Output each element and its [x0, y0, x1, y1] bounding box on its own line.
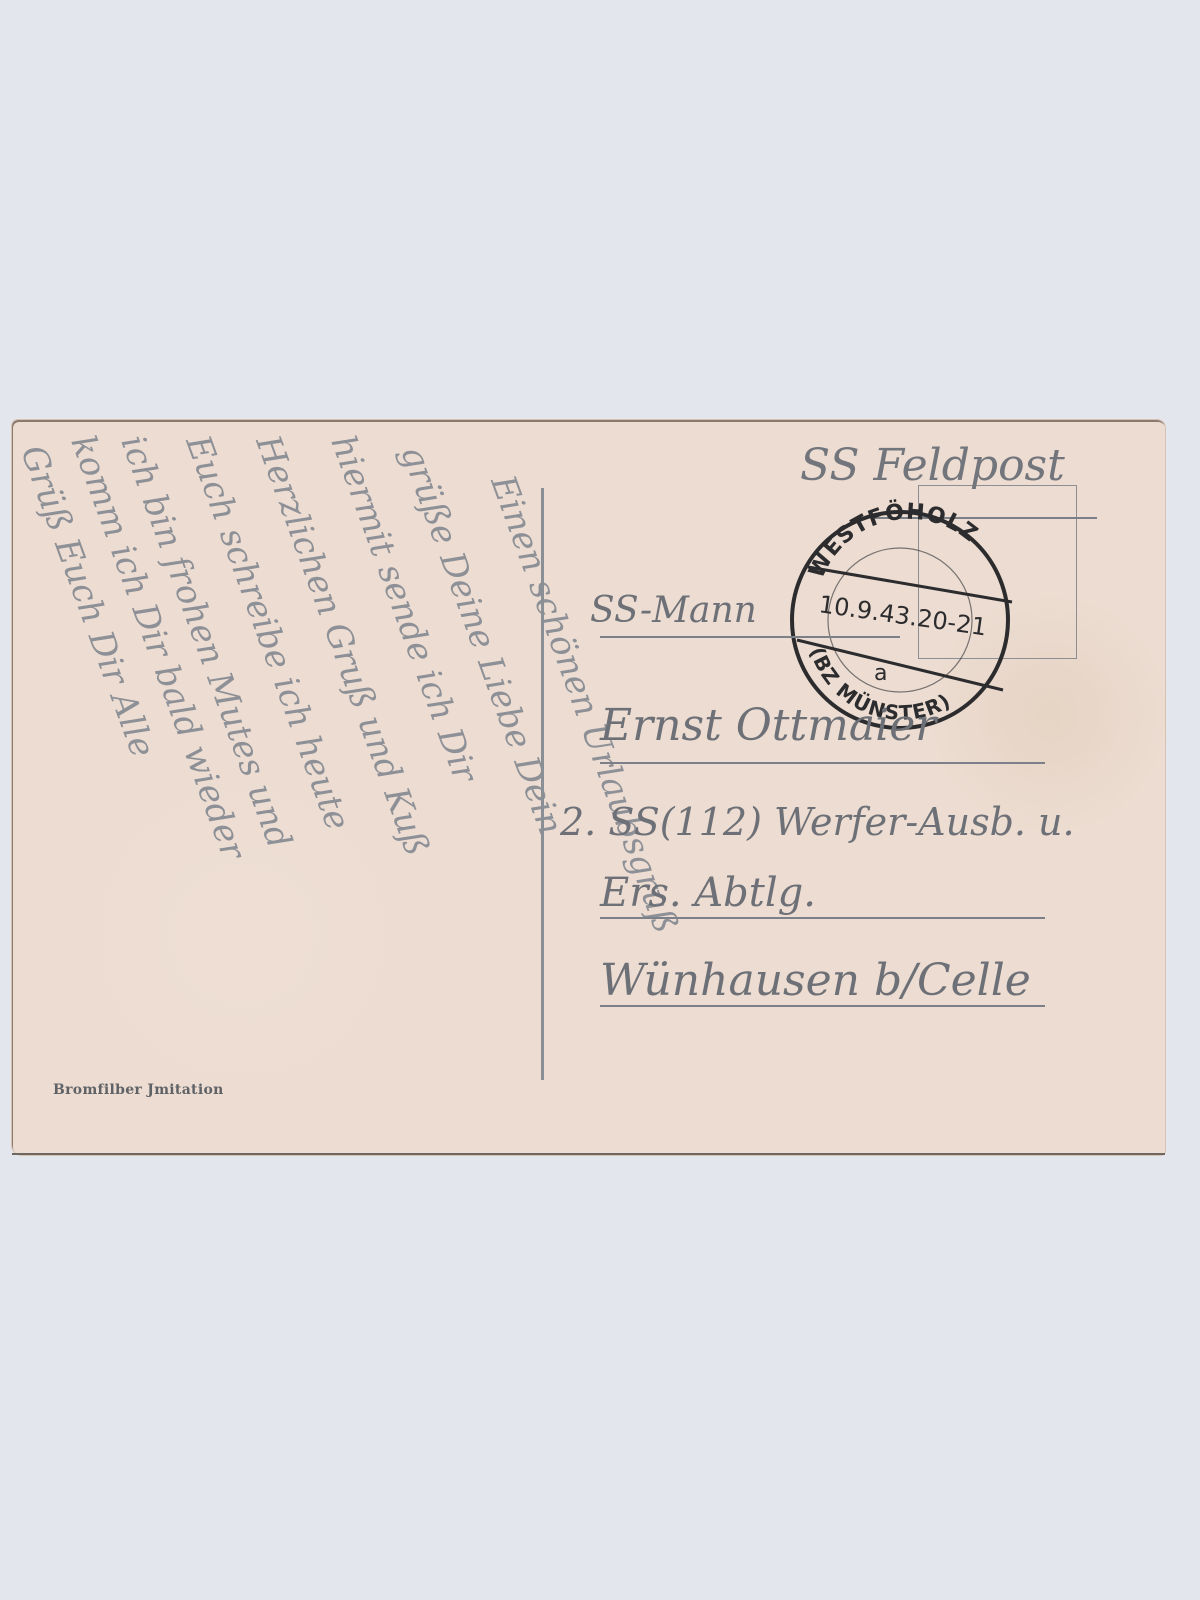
postmark-top-text: WESTFÖHOLZ: [804, 499, 982, 583]
address-line-3: [600, 917, 1045, 919]
address-unit-1: 2. SS(112) Werfer-Ausb. u.: [560, 800, 1075, 844]
address-line-1: [600, 636, 900, 638]
address-city: Wünhausen b/Celle: [600, 955, 1031, 1006]
address-line-4: [600, 1005, 1045, 1007]
svg-text:WESTFÖHOLZ: WESTFÖHOLZ: [804, 499, 982, 583]
postmark-letter: a: [874, 661, 887, 686]
address-unit-2: Ers. Abtlg.: [600, 870, 816, 916]
address-name: Ernst Ottmaier: [600, 700, 936, 751]
address-rank: SS-Mann: [590, 590, 757, 631]
address-line-2: [600, 762, 1045, 764]
postmark-date: 10.9.43.20-21: [817, 590, 988, 641]
